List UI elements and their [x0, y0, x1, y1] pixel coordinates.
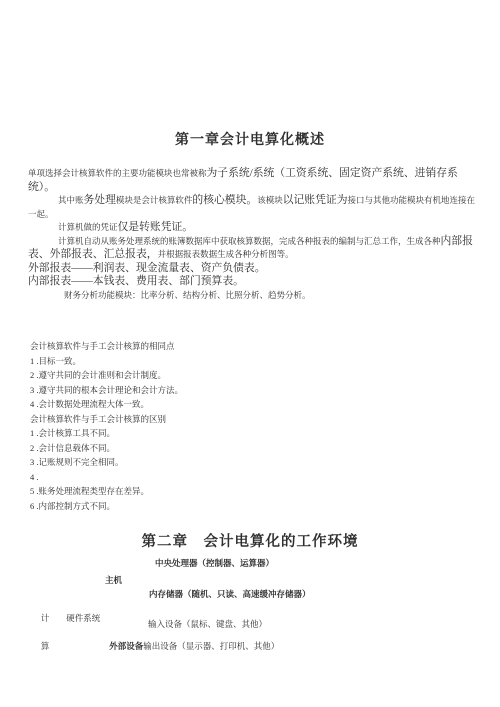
- list-item: 4 .: [30, 470, 472, 485]
- text-run: 该模块: [257, 195, 283, 205]
- diagram-memory-label: 内存储器（随机、只读、高速缓冲存储器）: [149, 588, 311, 600]
- list-item: 5 .账务处理流程类型存在差异。: [30, 484, 472, 499]
- text-run: 以记账凭证为: [283, 194, 348, 206]
- list-item: 2 .会计信息载体不同。: [30, 441, 472, 456]
- list-item: 3 .遵守共同的根本会计理论和会计方法。: [30, 383, 472, 398]
- diagram-output-label: 输出设备（显示器、打印机、其他）: [143, 641, 279, 651]
- diagram-external-label: 外部设备: [109, 641, 143, 651]
- list-item: 1 .目标一致。: [30, 354, 472, 369]
- text-run: 外部报表——利润表、现金流量表、资产负债表。: [28, 262, 266, 274]
- diagram-cpu-label: 中央处理器（控制器、运算器）: [155, 557, 274, 569]
- differences-list: 1 .会计核算工具不同。2 .会计信息载体不同。3 .记账规则不完全相同。4 .…: [30, 426, 472, 513]
- paragraph-functional-modules: 单项选择会计核算软件的主要功能模块也常被称为子系统/系统（工资系统、固定资产系统…: [28, 167, 478, 194]
- list-item: 2 .遵守共同的会计准则和会计制度。: [30, 368, 472, 383]
- list-item: 4 .会计数据处理流程大体一致。: [30, 397, 472, 412]
- chapter1-title: 第一章会计电算化概述: [0, 129, 500, 149]
- list-item: 3 .记账规则不完全相同。: [30, 455, 472, 470]
- chapter2-title: 第二章 会计电算化的工作环境: [0, 530, 500, 551]
- text-run: 单项选择会计核算软件的主要功能模块也常被称: [28, 168, 207, 178]
- document-page: 第一章会计电算化概述 单项选择会计核算软件的主要功能模块也常被称为子系统/系统（…: [0, 0, 500, 707]
- text-run: 仅是转账凭证。: [118, 221, 194, 233]
- text-run: 并根据报表数据生成各种分析图等。: [158, 249, 294, 259]
- text-run: 计算机做的凭证: [58, 222, 118, 232]
- text-run: 其中账: [58, 195, 84, 205]
- similarities-list: 1 .目标一致。2 .遵守共同的会计准则和会计制度。3 .遵守共同的根本会计理论…: [30, 354, 472, 412]
- text-run: 的核心模块。: [192, 194, 257, 206]
- text-run: 计算机自动从账务处理系统的账簿数据库中获取核算数据，完成各种报表的编制与汇总工作…: [58, 236, 441, 246]
- text-run: 财务分析功能模块：比率分析、结构分析、比照分析、趋势分析。: [64, 290, 311, 300]
- diagram-ji-label: 计: [41, 613, 50, 623]
- diagram-hardware-label: 硬件系统: [66, 613, 100, 623]
- paragraph-reports: 计算机自动从账务处理系统的账簿数据库中获取核算数据，完成各种报表的编制与汇总工作…: [28, 235, 478, 262]
- paragraph-core-module: 其中账务处理模块是会计核算软件的核心模块。该模块以记账凭证为接口与其他功能模块有…: [28, 194, 478, 221]
- comparison-section: 会计核算软件与手工会计核算的相同点 1 .目标一致。2 .遵守共同的会计准则和会…: [30, 339, 472, 513]
- diagram-input-label: 输入设备（鼠标、键盘、其他）: [148, 618, 267, 630]
- text-run: 务处理: [84, 194, 116, 206]
- diagram-output-row: 算外部设备输出设备（显示器、打印机、其他）: [28, 630, 279, 662]
- differences-heading: 会计核算软件与手工会计核算的区别: [30, 412, 472, 427]
- diagram-host-label: 主机: [105, 574, 122, 586]
- text-run: 模块是会计核算软件: [116, 195, 193, 205]
- similarities-heading: 会计核算软件与手工会计核算的相同点: [30, 339, 472, 354]
- paragraph-voucher: 计算机做的凭证仅是转账凭证。: [28, 221, 478, 235]
- diagram-suan-label: 算: [41, 641, 50, 651]
- paragraph-external-reports: 外部报表——利润表、现金流量表、资产负债表。: [28, 262, 478, 276]
- text-run: 内部报表——本钱表、费用表、部门预算表。: [28, 275, 244, 287]
- chapter1-body: 单项选择会计核算软件的主要功能模块也常被称为子系统/系统（工资系统、固定资产系统…: [28, 167, 478, 302]
- paragraph-internal-reports: 内部报表——本钱表、费用表、部门预算表。: [28, 275, 478, 289]
- list-item: 6 .内部控制方式不同。: [30, 499, 472, 514]
- paragraph-financial-analysis: 财务分析功能模块：比率分析、结构分析、比照分析、趋势分析。: [28, 289, 478, 303]
- list-item: 1 .会计核算工具不同。: [30, 426, 472, 441]
